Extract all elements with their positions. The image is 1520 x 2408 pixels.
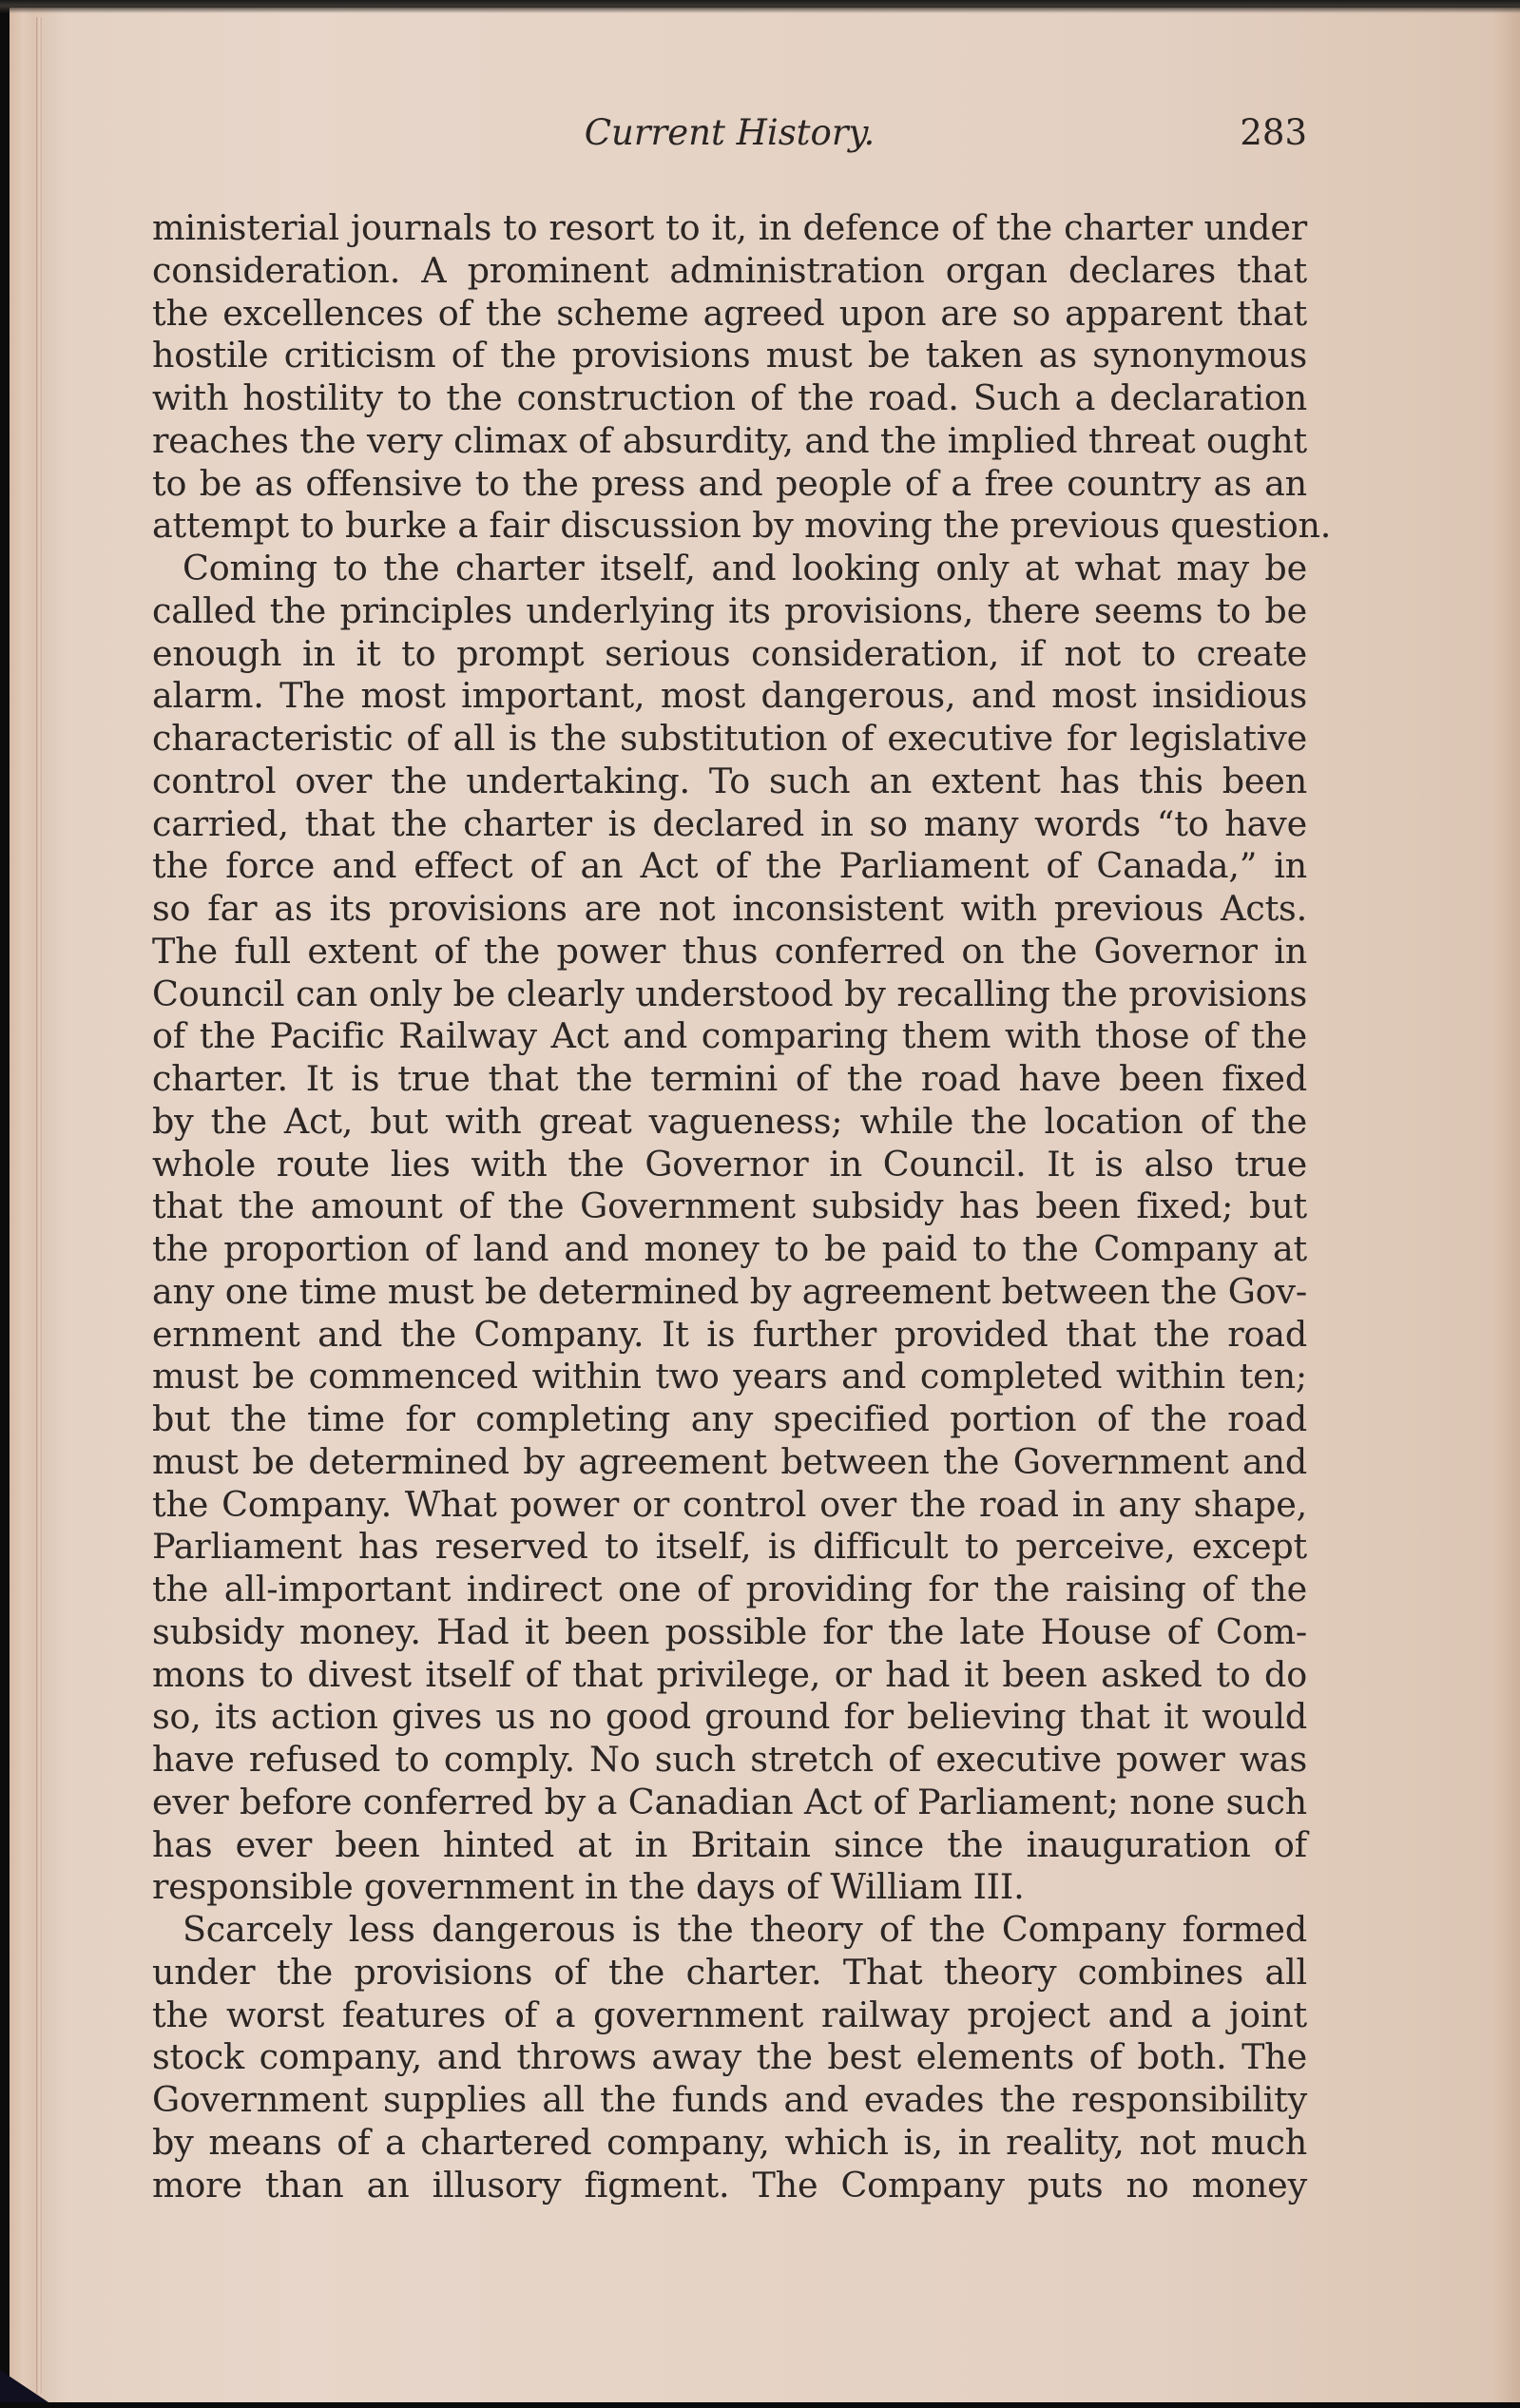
text-line: the proportion of land and money to be p… [152,1228,1307,1271]
text-line: Parliament has reserved to itself, is di… [152,1526,1307,1569]
text-line: the force and effect of an Act of the Pa… [152,845,1307,888]
text-line: so, its action gives us no good ground f… [152,1696,1307,1739]
text-line: Council can only be clearly understood b… [152,973,1307,1016]
text-line: attempt to burke a fair discussion by mo… [152,505,1307,548]
bottom-edge [0,2402,1520,2408]
text-line: the Company. What power or control over … [152,1484,1307,1527]
paragraph-start-line: Scarcely less dangerous is the theory of… [152,1909,1307,1952]
running-title: Current History. [152,112,1307,153]
text-line: charter. It is true that the termini of … [152,1058,1307,1101]
text-line: subsidy money. Had it been possible for … [152,1611,1307,1654]
text-line: control over the undertaking. To such an… [152,761,1307,803]
text-line: reaches the very climax of absurdity, an… [152,420,1307,463]
text-line: by the Act, but with great vagueness; wh… [152,1101,1307,1144]
text-line: called the principles underlying its pro… [152,590,1307,633]
text-line: alarm. The most important, most dangerou… [152,675,1307,718]
text-line: has ever been hinted at in Britain since… [152,1824,1307,1867]
text-line: hostile criticism of the provisions must… [152,335,1307,377]
text-line: enough in it to prompt serious considera… [152,633,1307,676]
text-line: ernment and the Company. It is further p… [152,1314,1307,1357]
text-line: of the Pacific Railway Act and comparing… [152,1015,1307,1058]
text-line: more than an illusory figment. The Compa… [152,2165,1307,2207]
page-header: Current History. 283 [152,112,1307,160]
text-line: consideration. A prominent administratio… [152,250,1307,293]
text-line: have refused to comply. No such stretch … [152,1739,1307,1782]
text-line: the all-important indirect one of provid… [152,1569,1307,1611]
page-fold-shadow [36,17,42,2394]
top-edge-shadow [0,0,1520,13]
text-line: stock company, and throws away the best … [152,2036,1307,2079]
text-line: mons to divest itself of that privilege,… [152,1654,1307,1697]
page-number: 283 [1240,112,1307,153]
text-line: any one time must be determined by agree… [152,1271,1307,1314]
text-line: under the provisions of the charter. Tha… [152,1952,1307,1994]
text-line: must be commenced within two years and c… [152,1356,1307,1398]
text-line: ever before conferred by a Canadian Act … [152,1782,1307,1824]
text-line: ministerial journals to resort to it, in… [152,207,1307,250]
text-line: The full extent of the power thus confer… [152,931,1307,973]
text-line: but the time for completing any specifie… [152,1398,1307,1441]
text-line: to be as offensive to the press and peop… [152,463,1307,506]
text-line: responsible government in the days of Wi… [152,1866,1307,1909]
text-line: by means of a chartered company, which i… [152,2122,1307,2165]
text-line: with hostility to the construction of th… [152,377,1307,420]
text-line: that the amount of the Government subsid… [152,1185,1307,1228]
text-line: the worst features of a government railw… [152,1994,1307,2037]
text-line: carried, that the charter is declared in… [152,803,1307,846]
text-line: so far as its provisions are not inconsi… [152,888,1307,931]
text-line: whole route lies with the Governor in Co… [152,1144,1307,1186]
body-text: ministerial journals to resort to it, in… [152,207,1307,2206]
text-line: the excellences of the scheme agreed upo… [152,293,1307,336]
text-line: Government supplies all the funds and ev… [152,2079,1307,2122]
text-line: characteristic of all is the substitutio… [152,718,1307,761]
text-line: must be determined by agreement between … [152,1441,1307,1484]
paragraph-start-line: Coming to the charter itself, and lookin… [152,548,1307,590]
